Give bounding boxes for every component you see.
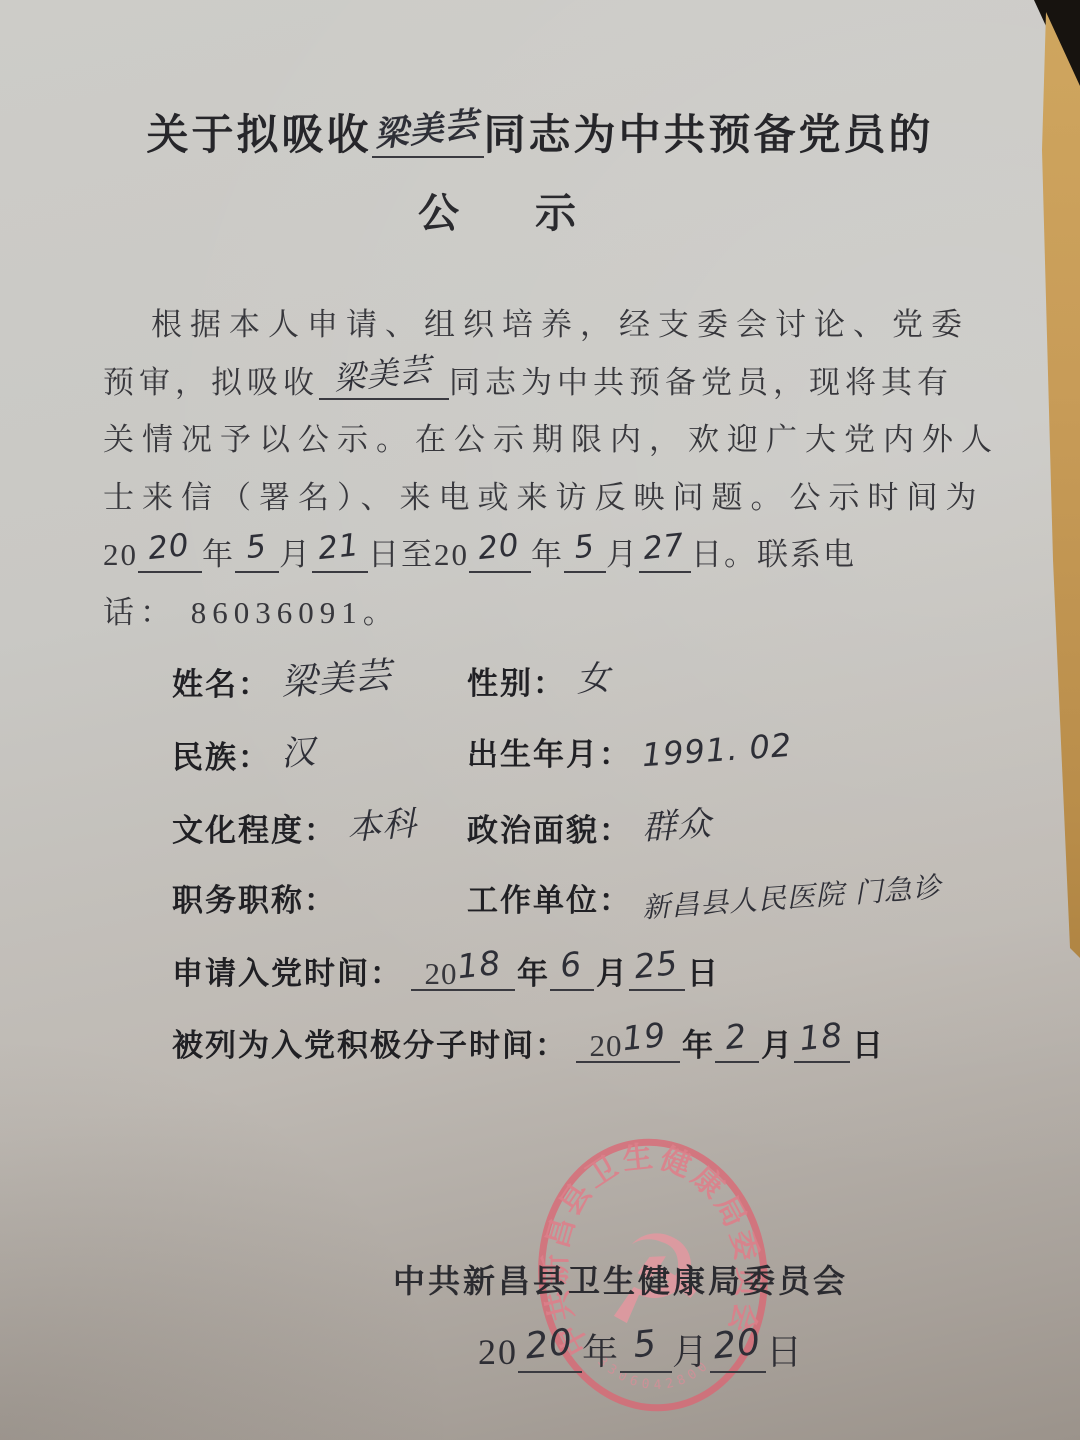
field-label: 申请入党时间： <box>172 956 403 991</box>
year-blank: 20 <box>469 539 531 573</box>
field-value-handwritten: 女 <box>574 650 612 701</box>
field-ethnicity: 民族：汉 <box>172 729 316 778</box>
month-unit: 月 <box>759 1028 794 1063</box>
notice-paragraph: 根据本人申请、组织培养，经支委会讨论、党委 预审，拟吸收梁美芸同志为中共预备党员… <box>103 296 963 641</box>
handwritten-day: 21 <box>317 530 361 565</box>
month-blank: 5 <box>620 1334 672 1373</box>
handwritten-year: 20 <box>477 530 521 565</box>
handwritten-month: 5 <box>572 531 596 564</box>
title-post-text: 同志为中共预备党员的 <box>484 111 934 158</box>
field-apply-date: 申请入党时间：2018年6月25日 <box>172 948 720 993</box>
field-work-unit: 工作单位：新昌县人民医院 门急诊 <box>467 875 942 920</box>
field-value-handwritten: 汉 <box>279 724 317 775</box>
title-char-gong: 公 <box>418 180 459 239</box>
year-unit: 年 <box>680 1028 715 1063</box>
l5-print: 20 <box>103 537 138 572</box>
title-char-shi: 示 <box>535 180 576 239</box>
handwritten-year: 20 <box>147 530 191 565</box>
day-blank: 20 <box>710 1334 766 1373</box>
field-activist-date: 被列为入党积极分子时间：2019年2月18日 <box>172 1020 885 1065</box>
l5-print: 年 <box>531 537 564 572</box>
day-blank: 18 <box>794 1028 850 1063</box>
body-name-underline: 梁美芸 <box>319 366 449 400</box>
handwritten-month: 5 <box>244 531 268 564</box>
handwritten-name: 梁美芸 <box>373 108 481 153</box>
field-name: 姓名：梁美芸 <box>172 655 392 706</box>
printed-year-prefix: 20 <box>425 956 458 991</box>
month-blank: 2 <box>715 1028 759 1063</box>
handwritten-day: 27 <box>642 530 686 565</box>
title-name-underline: 梁美芸 <box>372 114 484 158</box>
handwritten-year: 20 <box>524 1325 575 1366</box>
field-value-handwritten: 梁美芸 <box>279 647 393 706</box>
l5-print: 月 <box>606 537 639 572</box>
field-political-status: 政治面貌：群众 <box>467 802 712 851</box>
paragraph-line-3: 关情况予以公示。在公示期限内，欢迎广大党内外人 <box>103 411 963 469</box>
year-unit: 年 <box>515 956 550 991</box>
title-pre-text: 关于拟吸收 <box>146 111 371 158</box>
day-blank: 27 <box>639 539 691 573</box>
month-unit: 月 <box>594 956 629 991</box>
handwritten-month: 5 <box>631 1326 659 1364</box>
l5-print: 年 <box>202 537 235 572</box>
field-label: 性别： <box>467 666 566 701</box>
year-blank: 2018 <box>411 956 515 991</box>
field-birth-date: 出生年月：1991. 02 <box>467 729 793 774</box>
year-blank: 2019 <box>576 1028 680 1063</box>
paragraph-line-2: 预审，拟吸收梁美芸同志为中共预备党员，现将其有 <box>103 354 963 412</box>
title-line-2: 公 示 <box>418 180 576 239</box>
field-label: 被列为入党积极分子时间： <box>172 1028 568 1063</box>
month-blank: 6 <box>550 956 594 991</box>
handwritten-year: 19 <box>620 1018 667 1055</box>
handwritten-month: 6 <box>558 947 583 982</box>
footer-organization: 中共新昌县卫生健康局委员会 <box>393 1256 848 1302</box>
field-label: 出生年月： <box>467 737 632 772</box>
field-position-title: 职务职称： <box>172 875 347 920</box>
title-line-1: 关于拟吸收梁美芸同志为中共预备党员的 <box>0 102 1080 162</box>
day-blank: 21 <box>312 539 368 573</box>
handwritten-month: 2 <box>723 1019 748 1054</box>
field-label: 工作单位： <box>467 883 632 918</box>
month-blank: 5 <box>235 539 279 573</box>
field-label: 姓名： <box>172 667 271 702</box>
handwritten-day: 20 <box>712 1325 763 1366</box>
paragraph-line-1: 根据本人申请、组织培养，经支委会讨论、党委 <box>103 296 963 354</box>
field-label: 文化程度： <box>172 813 337 848</box>
field-label: 政治面貌： <box>467 813 632 848</box>
line2-pre: 预审，拟吸收 <box>103 365 319 400</box>
handwritten-year: 18 <box>455 946 502 983</box>
field-value-handwritten: 本科 <box>345 796 418 850</box>
field-education: 文化程度：本科 <box>172 802 417 851</box>
paragraph-line-4: 士来信（署名）、来电或来访反映问题。公示时间为 <box>103 469 963 527</box>
paragraph-line-6-phone: 话： 86036091。 <box>103 584 963 642</box>
l5-print: 月 <box>279 537 312 572</box>
footer-date-print: 日 <box>766 1332 804 1372</box>
field-gender: 性别：女 <box>467 655 611 704</box>
year-blank: 20 <box>518 1334 582 1373</box>
month-blank: 5 <box>564 539 606 573</box>
field-label: 职务职称： <box>172 883 337 918</box>
year-blank: 20 <box>138 539 202 573</box>
field-value-handwritten: 群众 <box>640 796 713 850</box>
field-value-handwritten: 1991. 02 <box>641 726 794 774</box>
photographed-notice-document: 关于拟吸收梁美芸同志为中共预备党员的 公 示 根据本人申请、组织培养，经支委会讨… <box>0 0 1080 1440</box>
field-value-handwritten: 新昌县人民医院 门急诊 <box>641 866 943 927</box>
day-unit: 日 <box>850 1028 885 1063</box>
day-blank: 25 <box>629 956 685 991</box>
handwritten-name-body: 梁美芸 <box>332 352 434 394</box>
footer-date-print: 月 <box>672 1332 710 1372</box>
footer-date-print: 20 <box>478 1332 518 1372</box>
l5-print: 日至20 <box>368 537 469 572</box>
day-unit: 日 <box>685 956 720 991</box>
l5-print: 日。联系电 <box>691 537 856 572</box>
field-label: 民族： <box>172 740 271 775</box>
handwritten-day: 25 <box>633 946 680 983</box>
printed-year-prefix: 20 <box>590 1028 623 1063</box>
paragraph-line-5: 2020年5月21日至2020年5月27日。联系电 <box>103 526 963 584</box>
footer-date: 2020年5月20日 <box>478 1324 804 1375</box>
footer-date-print: 年 <box>582 1332 620 1372</box>
line2-post: 同志为中共预备党员，现将其有 <box>449 365 953 400</box>
handwritten-day: 18 <box>798 1018 845 1055</box>
